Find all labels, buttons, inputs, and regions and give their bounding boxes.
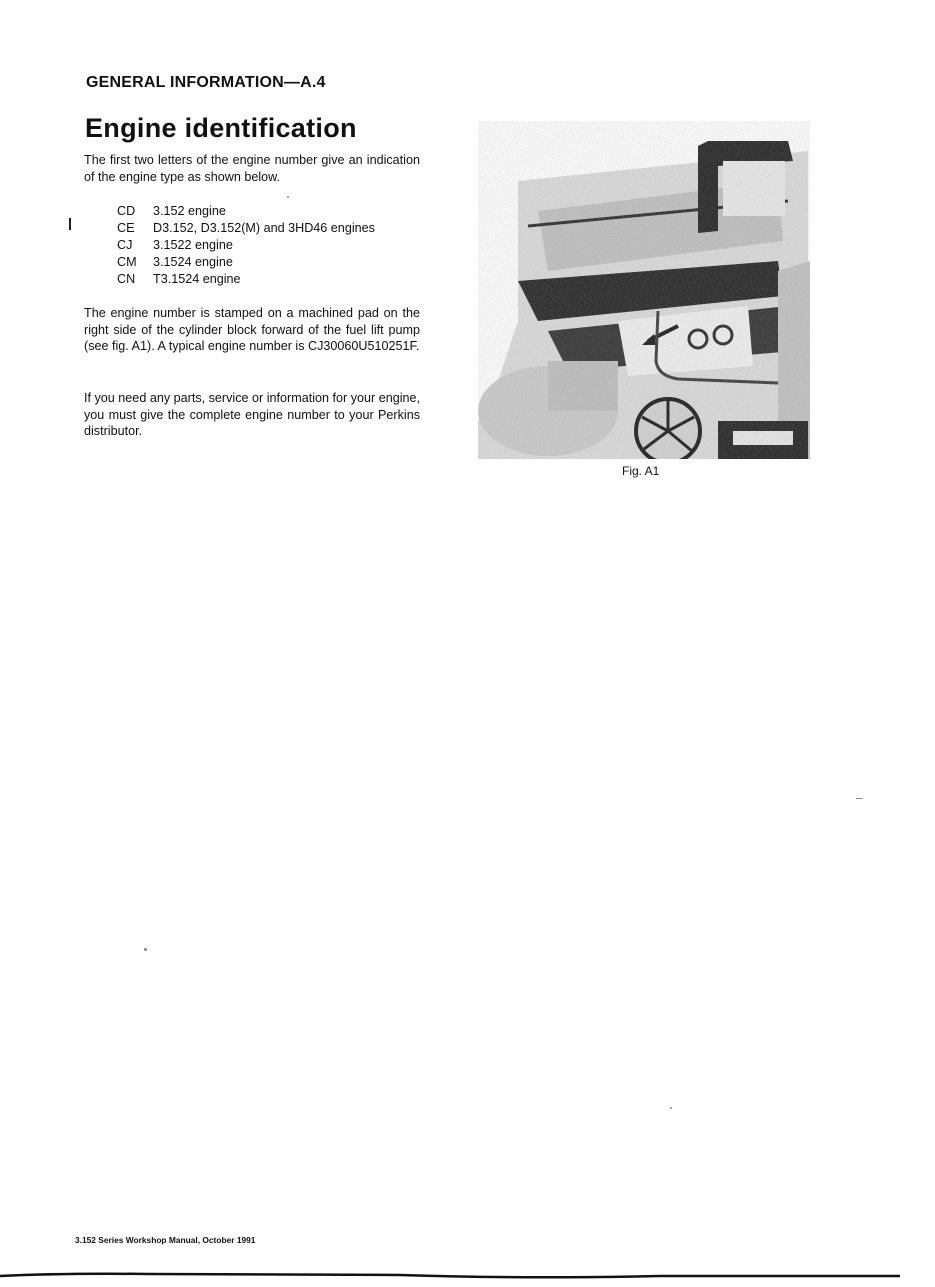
list-item: CD 3.152 engine xyxy=(117,203,375,220)
engine-code: CE xyxy=(117,220,153,237)
list-item: CN T3.1524 engine xyxy=(117,271,375,288)
figure-caption: Fig. A1 xyxy=(622,464,659,478)
footer-rule xyxy=(0,1272,935,1280)
page-footer: 3.152 Series Workshop Manual, October 19… xyxy=(75,1235,255,1245)
engine-code: CD xyxy=(117,203,153,220)
engine-code: CN xyxy=(117,271,153,288)
engine-type: 3.1524 engine xyxy=(153,254,233,271)
revision-change-bar xyxy=(69,218,71,230)
list-item: CM 3.1524 engine xyxy=(117,254,375,271)
engine-type: T3.1524 engine xyxy=(153,271,241,288)
scan-speck xyxy=(287,196,289,198)
page-title: Engine identification xyxy=(85,113,357,144)
intro-paragraph: The first two letters of the engine numb… xyxy=(84,152,420,185)
engine-type: 3.1522 engine xyxy=(153,237,233,254)
parts-service-paragraph: If you need any parts, service or inform… xyxy=(84,390,420,440)
engine-number-location-paragraph: The engine number is stamped on a machin… xyxy=(84,305,420,355)
scan-speck xyxy=(856,798,862,799)
list-item: CE D3.152, D3.152(M) and 3HD46 engines xyxy=(117,220,375,237)
engine-photo xyxy=(478,121,810,459)
scan-speck xyxy=(670,1107,672,1109)
scan-speck xyxy=(144,948,147,951)
engine-code-list: CD 3.152 engine CE D3.152, D3.152(M) and… xyxy=(117,203,375,288)
engine-type: 3.152 engine xyxy=(153,203,226,220)
engine-code: CM xyxy=(117,254,153,271)
engine-type: D3.152, D3.152(M) and 3HD46 engines xyxy=(153,220,375,237)
section-header: GENERAL INFORMATION—A.4 xyxy=(86,74,326,92)
list-item: CJ 3.1522 engine xyxy=(117,237,375,254)
engine-photo-figure xyxy=(478,121,810,459)
engine-code: CJ xyxy=(117,237,153,254)
